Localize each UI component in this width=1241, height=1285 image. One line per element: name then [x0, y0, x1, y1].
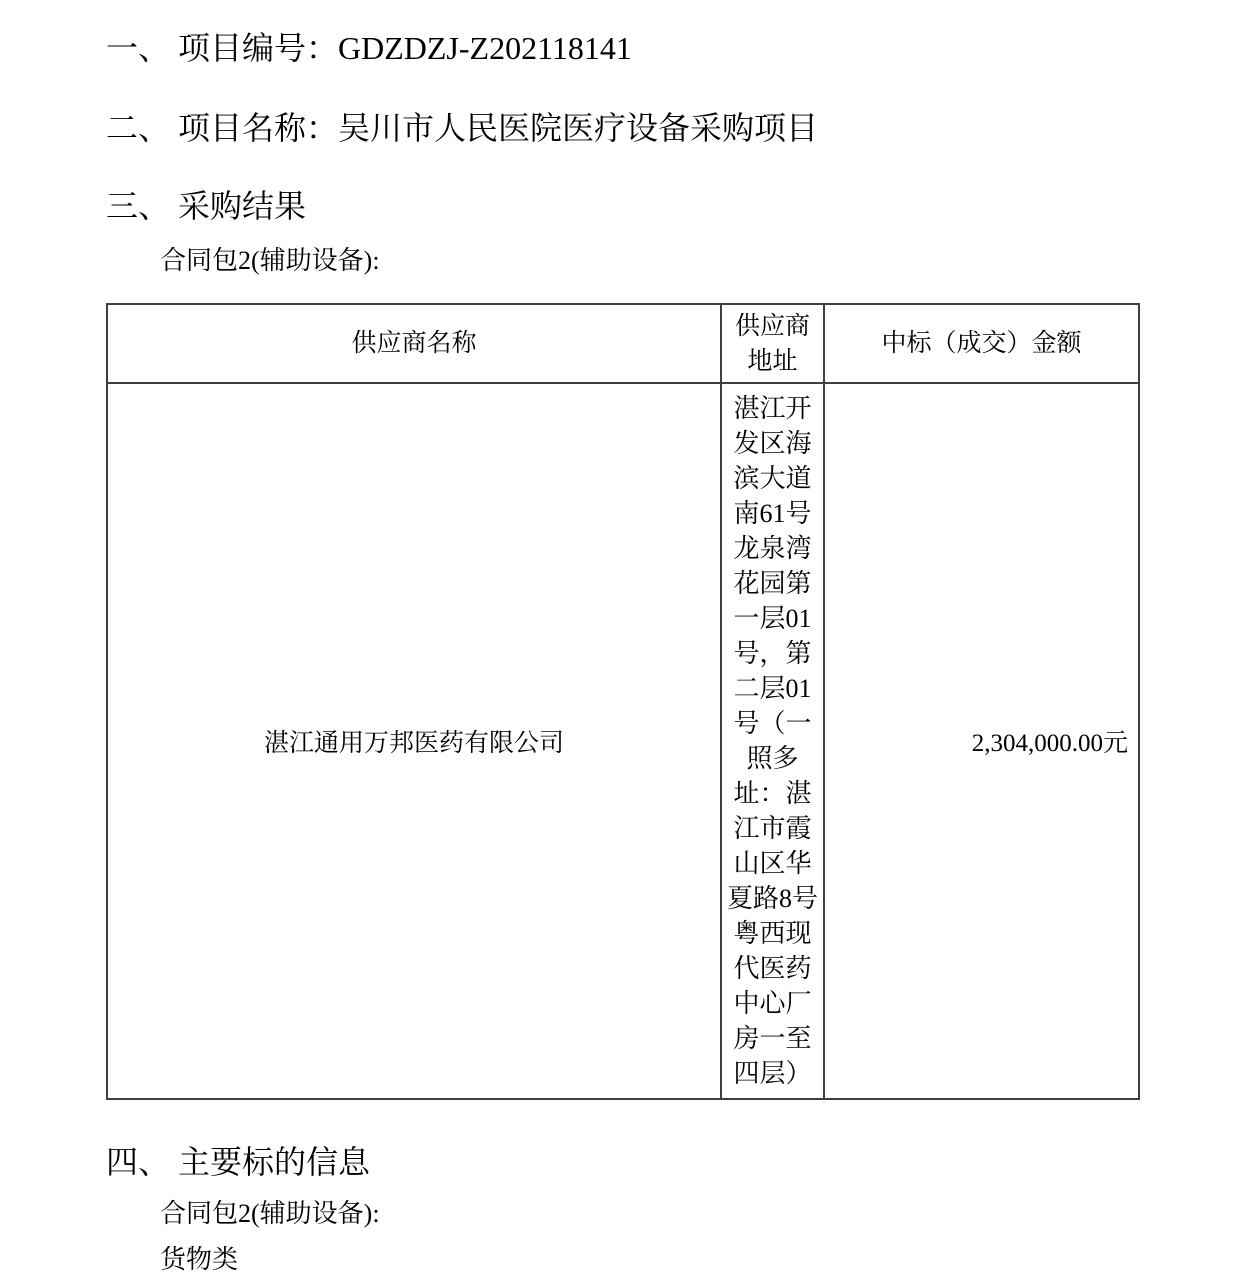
- project-name-heading: 二、 项目名称：吴川市人民医院医疗设备采购项目: [106, 110, 818, 146]
- award-amount-cell: 2,304,000.00元: [824, 383, 1139, 1099]
- table-row: 湛江通用万邦医药有限公司 湛江开 发区海 滨大道 南61号 龙泉湾 花园第 一层…: [107, 383, 1139, 1099]
- project-number-heading: 一、 项目编号：GDZDZJ-Z202118141: [106, 30, 632, 66]
- procurement-result-document: 一、 项目编号：GDZDZJ-Z202118141 二、 项目名称：吴川市人民医…: [0, 0, 1241, 1285]
- supplier-address-cell: 湛江开 发区海 滨大道 南61号 龙泉湾 花园第 一层01 号，第 二层01 号…: [721, 383, 824, 1099]
- supplier-name-cell: 湛江通用万邦医药有限公司: [107, 383, 721, 1099]
- award-amount-header: 中标（成交）金额: [824, 304, 1139, 383]
- supplier-name-header: 供应商名称: [107, 304, 721, 383]
- contract-package-label-2: 合同包2(辅助设备):: [160, 1199, 380, 1229]
- procurement-result-heading: 三、 采购结果: [106, 188, 306, 224]
- supplier-address-header: 供应商地址: [721, 304, 824, 383]
- main-subject-info-heading: 四、 主要标的信息: [106, 1144, 370, 1180]
- contract-package-label-1: 合同包2(辅助设备):: [160, 246, 380, 276]
- table-header-row: 供应商名称 供应商地址 中标（成交）金额: [107, 304, 1139, 383]
- procurement-result-table: 供应商名称 供应商地址 中标（成交）金额 湛江通用万邦医药有限公司 湛江开 发区…: [106, 303, 1140, 1100]
- goods-category-label: 货物类: [160, 1245, 238, 1275]
